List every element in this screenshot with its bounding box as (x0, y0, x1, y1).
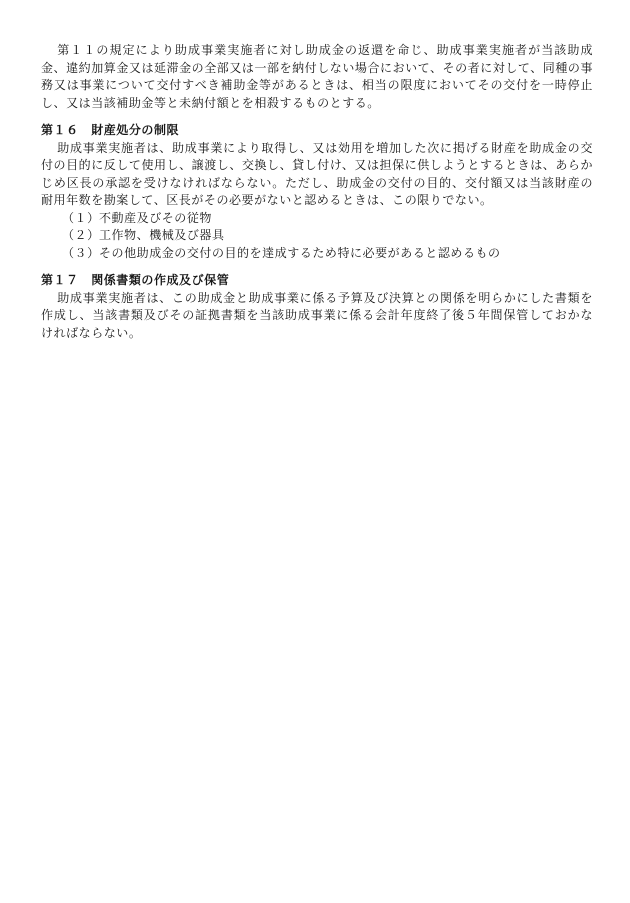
section-16-body: 助成事業実施者は、助成事業により取得し、又は効用を増加した次に掲げる財産を助成金… (41, 140, 593, 210)
section-17: 第１７ 関係書類の作成及び保管 助成事業実施者は、この助成金と助成事業に係る予算… (41, 272, 593, 342)
section-17-heading: 第１７ 関係書類の作成及び保管 (41, 272, 593, 290)
list-item-text: 工作物、機械及び器具 (99, 227, 593, 245)
paragraph-subsidy-offset: 第１１の規定により助成事業実施者に対し助成金の返還を命じ、助成事業実施者が当該助… (41, 42, 593, 112)
list-item: （３） その他助成金の交付の目的を達成するため特に必要があると認めるもの (41, 245, 593, 263)
section-16-heading: 第１６ 財産処分の制限 (41, 122, 593, 140)
section-17-body: 助成事業実施者は、この助成金と助成事業に係る予算及び決算との関係を明らかにした書… (41, 290, 593, 343)
section-16: 第１６ 財産処分の制限 助成事業実施者は、助成事業により取得し、又は効用を増加し… (41, 122, 593, 262)
list-item-number: （２） (62, 227, 99, 245)
list-item-number: （３） (62, 245, 99, 263)
list-item: （２） 工作物、機械及び器具 (41, 227, 593, 245)
list-item-text: 不動産及びその従物 (99, 210, 593, 228)
list-item: （１） 不動産及びその従物 (41, 210, 593, 228)
section-16-item-list: （１） 不動産及びその従物 （２） 工作物、機械及び器具 （３） その他助成金の… (41, 210, 593, 263)
list-item-number: （１） (62, 210, 99, 228)
document-content: 第１１の規定により助成事業実施者に対し助成金の返還を命じ、助成事業実施者が当該助… (0, 0, 630, 342)
document-page: 第１１の規定により助成事業実施者に対し助成金の返還を命じ、助成事業実施者が当該助… (0, 0, 630, 903)
list-item-text: その他助成金の交付の目的を達成するため特に必要があると認めるもの (99, 245, 593, 263)
